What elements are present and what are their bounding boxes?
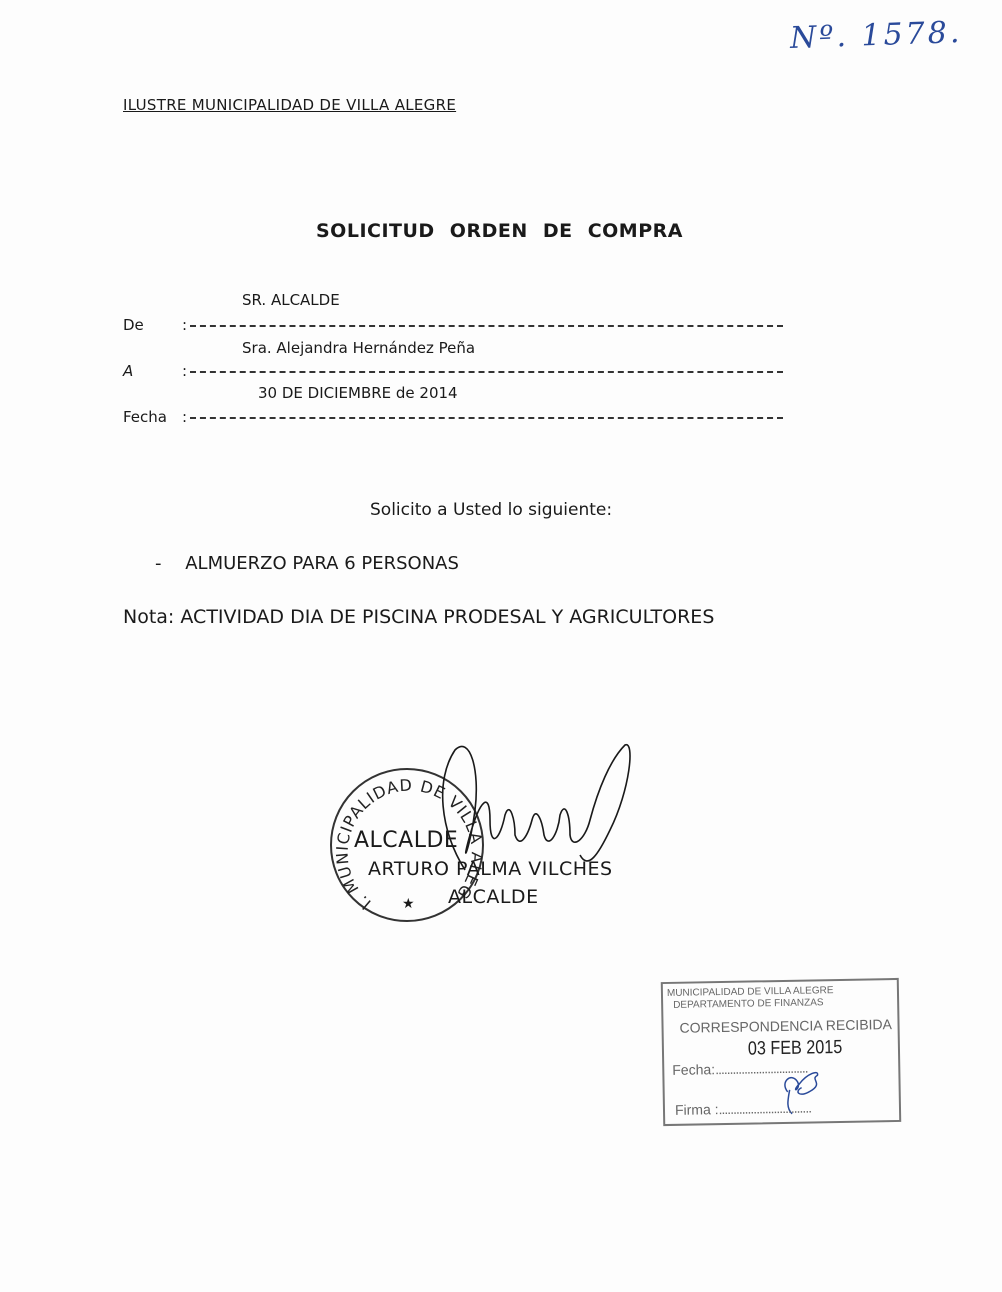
field-de-colon: : <box>182 316 187 334</box>
field-fecha-value: 30 DE DICIEMBRE de 2014 <box>258 384 458 402</box>
municipality-header: ILUSTRE MUNICIPALIDAD DE VILLA ALEGRE <box>123 96 456 114</box>
star-icon: ★ <box>402 896 415 912</box>
request-note: Nota: ACTIVIDAD DIA DE PISCINA PRODESAL … <box>123 606 714 628</box>
item-text: ALMUERZO PARA 6 PERSONAS <box>185 553 459 574</box>
note-label: Nota: <box>123 606 174 628</box>
received-stamp: MUNICIPALIDAD DE VILLA ALEGRE DEPARTAMEN… <box>661 978 901 1126</box>
stamp-title: CORRESPONDENCIA RECIBIDA <box>679 1016 892 1036</box>
field-fecha-line <box>190 417 783 419</box>
stamp-fecha-label: Fecha: <box>672 1061 715 1078</box>
stamp-department: DEPARTAMENTO DE FINANZAS <box>673 997 824 1011</box>
request-intro: Solicito a Usted lo siguiente: <box>370 500 612 520</box>
stamp-date: 03 FEB 2015 <box>748 1037 843 1061</box>
field-a-colon: : <box>182 362 187 380</box>
document-number: Nº. 1578. <box>789 15 962 56</box>
field-fecha-colon: : <box>182 408 187 426</box>
field-a-label: A <box>123 362 133 380</box>
stamp-firma: Firma :................................ <box>675 1099 811 1117</box>
field-de-value: SR. ALCALDE <box>242 291 340 309</box>
field-fecha-label: Fecha <box>123 408 167 426</box>
signer-name: ARTURO PALMA VILCHES <box>368 858 613 880</box>
field-a-value: Sra. Alejandra Hernández Peña <box>242 339 475 357</box>
field-a-line <box>190 371 783 373</box>
request-item: - ALMUERZO PARA 6 PERSONAS <box>155 553 459 574</box>
field-de-line <box>190 325 783 327</box>
signer-role: ALCALDE <box>448 886 539 908</box>
field-de-label: De <box>123 316 144 334</box>
stamp-firma-dots: ................................ <box>718 1099 811 1117</box>
stamp-firma-label: Firma : <box>675 1101 719 1118</box>
item-bullet: - <box>155 553 162 574</box>
note-text: ACTIVIDAD DIA DE PISCINA PRODESAL Y AGRI… <box>180 606 714 628</box>
page-title: SOLICITUD ORDEN DE COMPRA <box>316 220 683 242</box>
